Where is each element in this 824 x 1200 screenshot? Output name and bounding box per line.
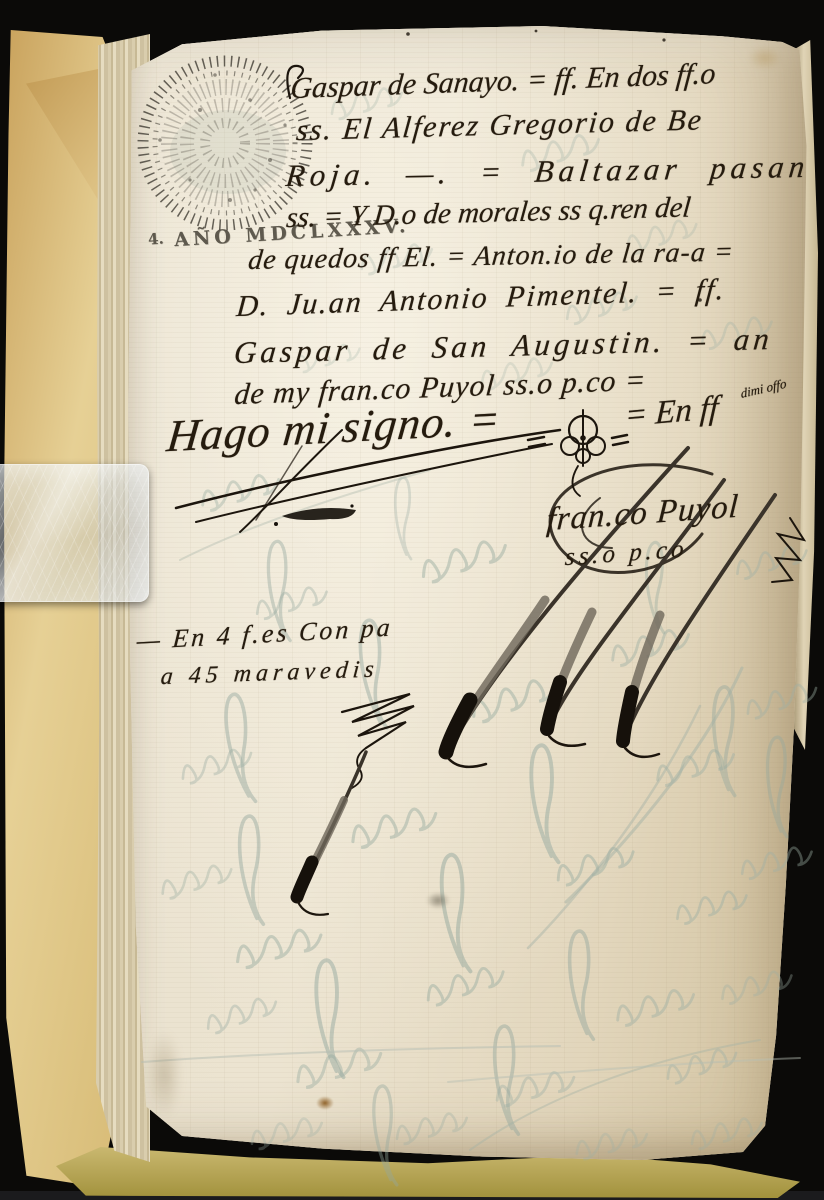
foxing-spot — [316, 1096, 334, 1110]
smudge-spot — [426, 892, 450, 909]
glass-weight-strip — [0, 464, 149, 602]
edge-stain — [146, 1030, 182, 1120]
stamp-plica-number: 4. — [147, 229, 164, 248]
manuscript-photo: 4. AÑO MDCLXXXV. Gaspar de Sanayo. = ff.… — [0, 0, 824, 1200]
corner-foxing — [748, 46, 782, 70]
